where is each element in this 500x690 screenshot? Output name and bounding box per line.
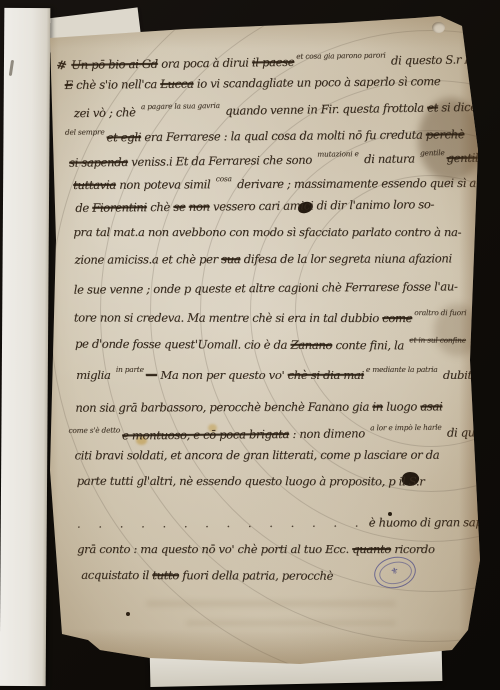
- handwriting-segment: fuori della patria, perocchè: [179, 568, 333, 583]
- handwriting-segment: dubitate ch'ei: [440, 368, 500, 382]
- manuscript-line-20: acquistato il tutto fuori della patria, …: [81, 568, 333, 583]
- manuscript-line-6: tuttavia non poteva simil cosa derivare …: [73, 173, 500, 192]
- handwriting-segment: di quel castello sono us-: [444, 424, 500, 439]
- handwriting-segment: asai: [420, 399, 442, 413]
- paragraph-mark: #: [55, 57, 68, 73]
- handwriting-segment: montagna nel: [470, 336, 500, 345]
- manuscript-line-10: le sue venne ; onde p queste et altre ca…: [74, 279, 458, 296]
- handwriting-segment: si sapenda: [69, 155, 128, 170]
- handwriting-segment: a lor e impò le harle: [370, 423, 441, 433]
- handwriting-segment: difesa de la lor segreta niuna afazioni: [240, 251, 451, 266]
- handwriting-segment: ora poca à dirui: [158, 55, 252, 70]
- handwriting-segment: chè s'io nell'ca: [73, 77, 161, 92]
- handwriting-segment: gentile: [420, 148, 445, 157]
- handwriting-segment: e mediante la patria: [366, 365, 438, 374]
- handwriting-segment: Zanano: [290, 338, 332, 352]
- handwriting-segment: Lucca: [160, 77, 193, 91]
- under-sheet-left: [0, 8, 50, 686]
- handwriting-segment: Fiorentini: [92, 200, 147, 215]
- handwriting-segment: era Ferrarese : la qual cosa da molti nō…: [141, 128, 426, 144]
- handwriting-segment: parte tutti gl'altri, nè essendo questo …: [77, 474, 425, 489]
- manuscript-line-18: . . . . . . . . . . . . . . è huomo di g…: [77, 515, 500, 531]
- handwriting-segment: zione amiciss.a et chè per: [75, 252, 222, 267]
- manuscript-line-2: E chè s'io nell'ca Lucca io vi scandagli…: [65, 74, 441, 92]
- handwriting-segment: di natura: [361, 151, 418, 166]
- handwriting-segment: gentilissimi: [447, 150, 500, 165]
- manuscript-line-5: si sapenda veniss.i Et da Ferraresi che …: [69, 147, 500, 170]
- handwriting-segment: et: [427, 100, 438, 114]
- handwriting-segment: se: [173, 200, 185, 214]
- handwriting-segment: come: [382, 311, 412, 325]
- handwriting-segment: Ma non per questo vo': [157, 368, 288, 382]
- handwriting-segment: grā conto : ma questo nō vo' chè porti a…: [77, 542, 352, 556]
- handwriting-segment: zei vò ; chè: [74, 105, 139, 120]
- manuscript-line-16: citi bravi soldati, et ancora de gran li…: [75, 448, 440, 463]
- handwriting-segment: luogo: [383, 399, 421, 413]
- handwriting-segment: pe d'onde fosse quest'Uomall. cio è da: [75, 337, 291, 352]
- handwriting-segment: e montuoso, e cō poca brigata: [122, 427, 289, 442]
- handwriting-segment: il paese: [252, 55, 295, 70]
- manuscript-line-14: non sia grā barbassoro, perocchè benchè …: [75, 399, 442, 414]
- handwriting-segment: tutto: [152, 568, 179, 582]
- handwriting-segment: è huomo di gran sapere, e di: [365, 515, 500, 530]
- handwriting-text-block: #Un pō bio ai Gd ora poca à dirui il pae…: [34, 15, 487, 669]
- handwriting-segment: io vi scandagliate un poco à saperlo sì …: [193, 74, 440, 91]
- manuscript-line-13: miglia in parte— Ma non per questo vo' c…: [76, 365, 500, 382]
- manuscript-line-7: de Fiorentini chè se non vessero cari am…: [75, 197, 434, 215]
- handwriting-segment: de: [75, 201, 92, 215]
- handwriting-segment: conte fini, la: [332, 338, 407, 352]
- manuscript-line-12: pe d'onde fosse quest'Uomall. cio è da Z…: [75, 334, 500, 353]
- handwriting-segment: : non dimeno: [289, 426, 368, 441]
- handwriting-segment: vessero cari amici di dir l'animo loro s…: [210, 197, 435, 213]
- handwriting-segment: a pagare la sua gavria: [141, 101, 220, 111]
- handwriting-segment: del sempre: [65, 127, 105, 136]
- handwriting-segment: miglia: [76, 368, 114, 382]
- handwriting-segment: chè: [147, 200, 174, 214]
- manuscript-line-11: tore non si credeva. Ma mentre chè si er…: [74, 307, 500, 325]
- handwriting-segment: acquistato il: [81, 568, 152, 582]
- handwriting-segment: cosa: [216, 174, 232, 183]
- manuscript-line-4: del sempreet egli era Ferrarese : la qua…: [63, 124, 465, 145]
- manuscript-line-17: parte tutti gl'altri, nè essendo questo …: [77, 474, 425, 489]
- handwriting-segment: et in sul confine: [409, 335, 466, 344]
- manuscript-line-3: zei vò ; chè a pagare la sua gavria quan…: [74, 97, 491, 121]
- manuscript-line-8: pra tal mat.a non avebbono con modo sì s…: [73, 225, 461, 239]
- handwriting-segment: pra tal mat.a non avebbono con modo sì s…: [73, 225, 461, 239]
- handwriting-segment: tore non si credeva. Ma mentre chè si er…: [74, 310, 382, 325]
- handwriting-segment: ricordo: [391, 542, 435, 556]
- handwriting-segment: —: [146, 368, 157, 382]
- handwriting-segment: non: [189, 200, 210, 214]
- handwriting-segment: in parte: [116, 365, 144, 374]
- handwriting-segment: si sep-: [468, 311, 500, 325]
- handwriting-segment: perchè: [426, 127, 465, 141]
- handwriting-segment: in: [372, 400, 383, 414]
- handwriting-segment: citi bravi soldati, et ancora de gran li…: [75, 448, 440, 463]
- handwriting-segment: sua: [221, 252, 240, 266]
- handwriting-segment: et cosa gia parono parori: [296, 51, 386, 61]
- handwriting-segment: non sia grā barbassoro, perocchè benchè …: [75, 400, 372, 415]
- handwriting-segment: derivare ; massimamente essendo quei sì …: [234, 176, 500, 191]
- manuscript-line-19: grā conto : ma questo nō vo' chè porti a…: [77, 542, 435, 556]
- handwriting-segment: le sue venne ; onde p queste et altre ca…: [74, 279, 458, 296]
- library-stamp-inner-ring: [377, 558, 414, 586]
- manuscript-page: #Un pō bio ai Gd ora poca à dirui il pae…: [36, 16, 486, 668]
- handwriting-segment: quando venne in Fir. questa frottola: [222, 101, 427, 118]
- handwriting-segment: et egli: [107, 130, 142, 144]
- handwriting-segment: oraltro di fuori: [414, 308, 466, 317]
- handwriting-segment: di questo S.r Legista, par: [388, 52, 500, 68]
- handwriting-segment: Un pō bio ai Gd: [71, 57, 158, 72]
- handwriting-segment: veniss.i Et da Ferraresi che sono: [128, 153, 316, 169]
- handwriting-segment: mutazioni e: [317, 149, 359, 159]
- handwriting-segment: chè si dia mai: [288, 368, 364, 382]
- handwriting-segment: . . . . . . . . . . . . . .: [77, 516, 366, 531]
- handwriting-segment: tuttavia: [73, 178, 116, 192]
- manuscript-line-9: zione amiciss.a et chè per sua difesa de…: [75, 251, 452, 266]
- handwriting-segment: quanto: [352, 542, 391, 556]
- handwriting-segment: si dicena: [438, 100, 491, 115]
- manuscript-line-1: #Un pō bio ai Gd ora poca à dirui il pae…: [56, 49, 500, 73]
- manuscript-line-15: come s'è dettoe montuoso, e cō poca brig…: [66, 421, 500, 442]
- photo-backdrop: #Un pō bio ai Gd ora poca à dirui il pae…: [0, 0, 500, 690]
- ink-bleed-mark: [9, 60, 14, 76]
- handwriting-segment: come s'è detto: [68, 425, 120, 434]
- handwriting-segment: non poteva simil: [116, 177, 214, 192]
